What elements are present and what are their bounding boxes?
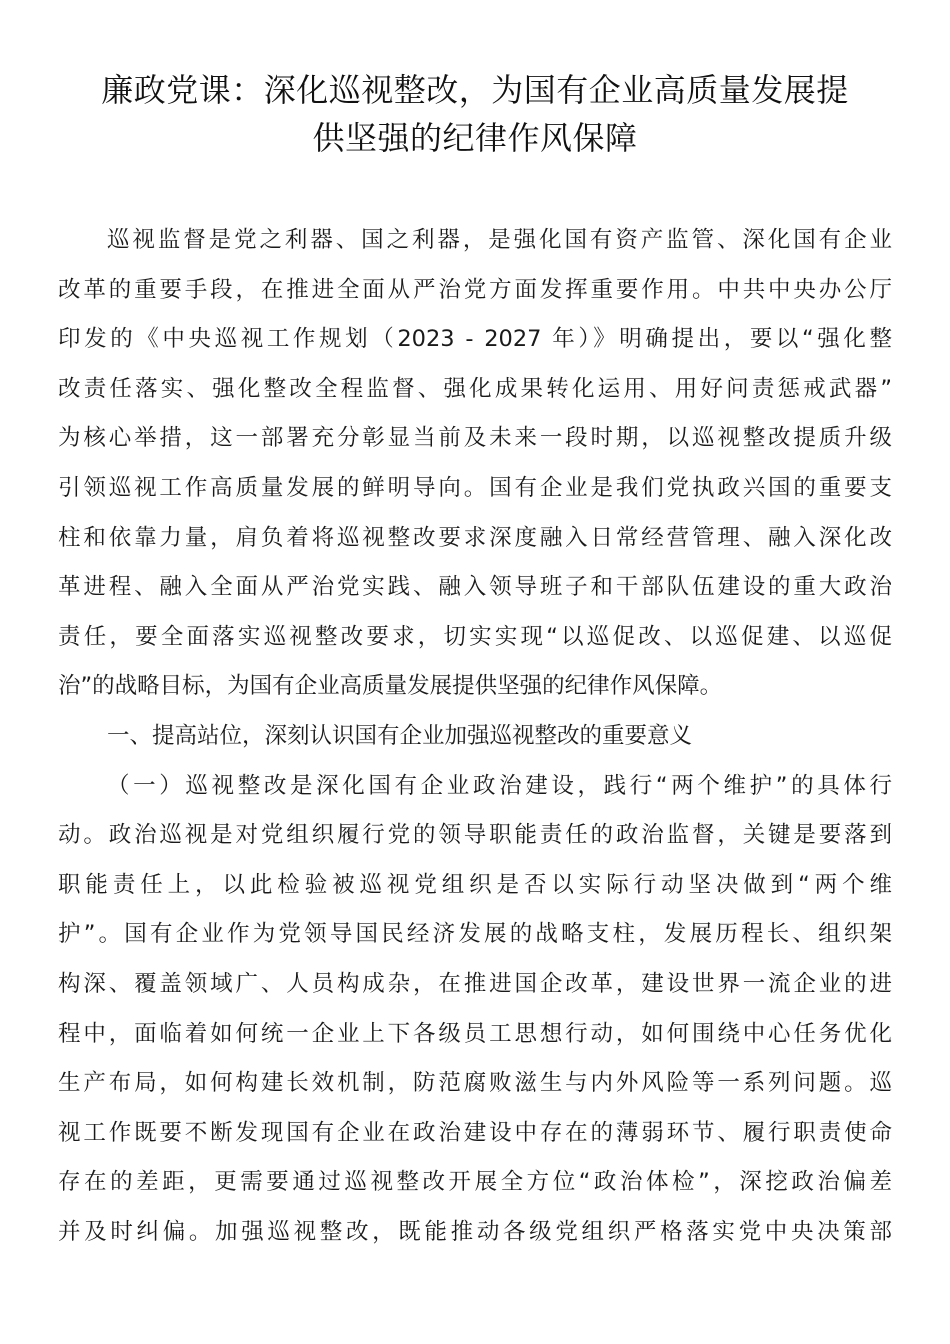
body-text-line: 为核心举措，这一部署充分彰显当前及未来一段时期，以巡视整改提质升级 bbox=[58, 414, 892, 464]
body-text-line: 柱和依靠力量，肩负着将巡视整改要求深度融入日常经营管理、融入深化改 bbox=[58, 514, 892, 564]
body-text-line: 革进程、融入全面从严治党实践、融入领导班子和干部队伍建设的重大政治 bbox=[58, 563, 892, 613]
body-text-line: 护”。国有企业作为党领导国民经济发展的战略支柱，发展历程长、组织架 bbox=[58, 910, 892, 960]
title-line-1: 廉政党课：深化巡视整改，为国有企业高质量发展提 bbox=[40, 66, 910, 114]
document-title: 廉政党课：深化巡视整改，为国有企业高质量发展提 供坚强的纪律作风保障 bbox=[40, 66, 910, 162]
body-text-line: 责任，要全面落实巡视整改要求，切实实现“以巡促改、以巡促建、以巡促 bbox=[58, 613, 892, 663]
body-text-line: 程中，面临着如何统一企业上下各级员工思想行动，如何围绕中心任务优化 bbox=[58, 1010, 892, 1060]
body-text-line: 构深、覆盖领域广、人员构成杂，在推进国企改革，建设世界一流企业的进 bbox=[58, 960, 892, 1010]
document-body: 巡视监督是党之利器、国之利器，是强化国有资产监管、深化国有企业改革的重要手段，在… bbox=[58, 216, 892, 1257]
body-text-line: 改责任落实、强化整改全程监督、强化成果转化运用、用好问责惩戒武器” bbox=[58, 365, 892, 415]
document-page: 廉政党课：深化巡视整改，为国有企业高质量发展提 供坚强的纪律作风保障 巡视监督是… bbox=[0, 0, 950, 1344]
body-text-line: 职能责任上，以此检验被巡视党组织是否以实际行动坚决做到“两个维 bbox=[58, 861, 892, 911]
title-line-2: 供坚强的纪律作风保障 bbox=[40, 114, 910, 162]
body-text-line: 存在的差距，更需要通过巡视整改开展全方位“政治体检”，深挖政治偏差 bbox=[58, 1158, 892, 1208]
body-text-line: 引领巡视工作高质量发展的鲜明导向。国有企业是我们党执政兴国的重要支 bbox=[58, 464, 892, 514]
subsection-heading-line: （一）巡视整改是深化国有企业政治建设，践行“两个维护”的具体行 bbox=[58, 762, 892, 812]
body-text-line: 改革的重要手段，在推进全面从严治党方面发挥重要作用。中共中央办公厅 bbox=[58, 266, 892, 316]
body-text-line: 印发的《中央巡视工作规划（2023 - 2027 年）》明确提出，要以“强化整 bbox=[58, 315, 892, 365]
body-text-line: 动。政治巡视是对党组织履行党的领导职能责任的政治监督，关键是要落到 bbox=[58, 811, 892, 861]
section-heading: 一、提高站位，深刻认识国有企业加强巡视整改的重要意义 bbox=[58, 712, 892, 762]
body-text-line: 并及时纠偏。加强巡视整改，既能推动各级党组织严格落实党中央决策部 bbox=[58, 1208, 892, 1258]
body-text-line: 巡视监督是党之利器、国之利器，是强化国有资产监管、深化国有企业 bbox=[58, 216, 892, 266]
body-text-line: 生产布局，如何构建长效机制，防范腐败滋生与内外风险等一系列问题。巡 bbox=[58, 1059, 892, 1109]
body-text-line: 治”的战略目标，为国有企业高质量发展提供坚强的纪律作风保障。 bbox=[58, 662, 892, 712]
body-text-line: 视工作既要不断发现国有企业在政治建设中存在的薄弱环节、履行职责使命 bbox=[58, 1109, 892, 1159]
